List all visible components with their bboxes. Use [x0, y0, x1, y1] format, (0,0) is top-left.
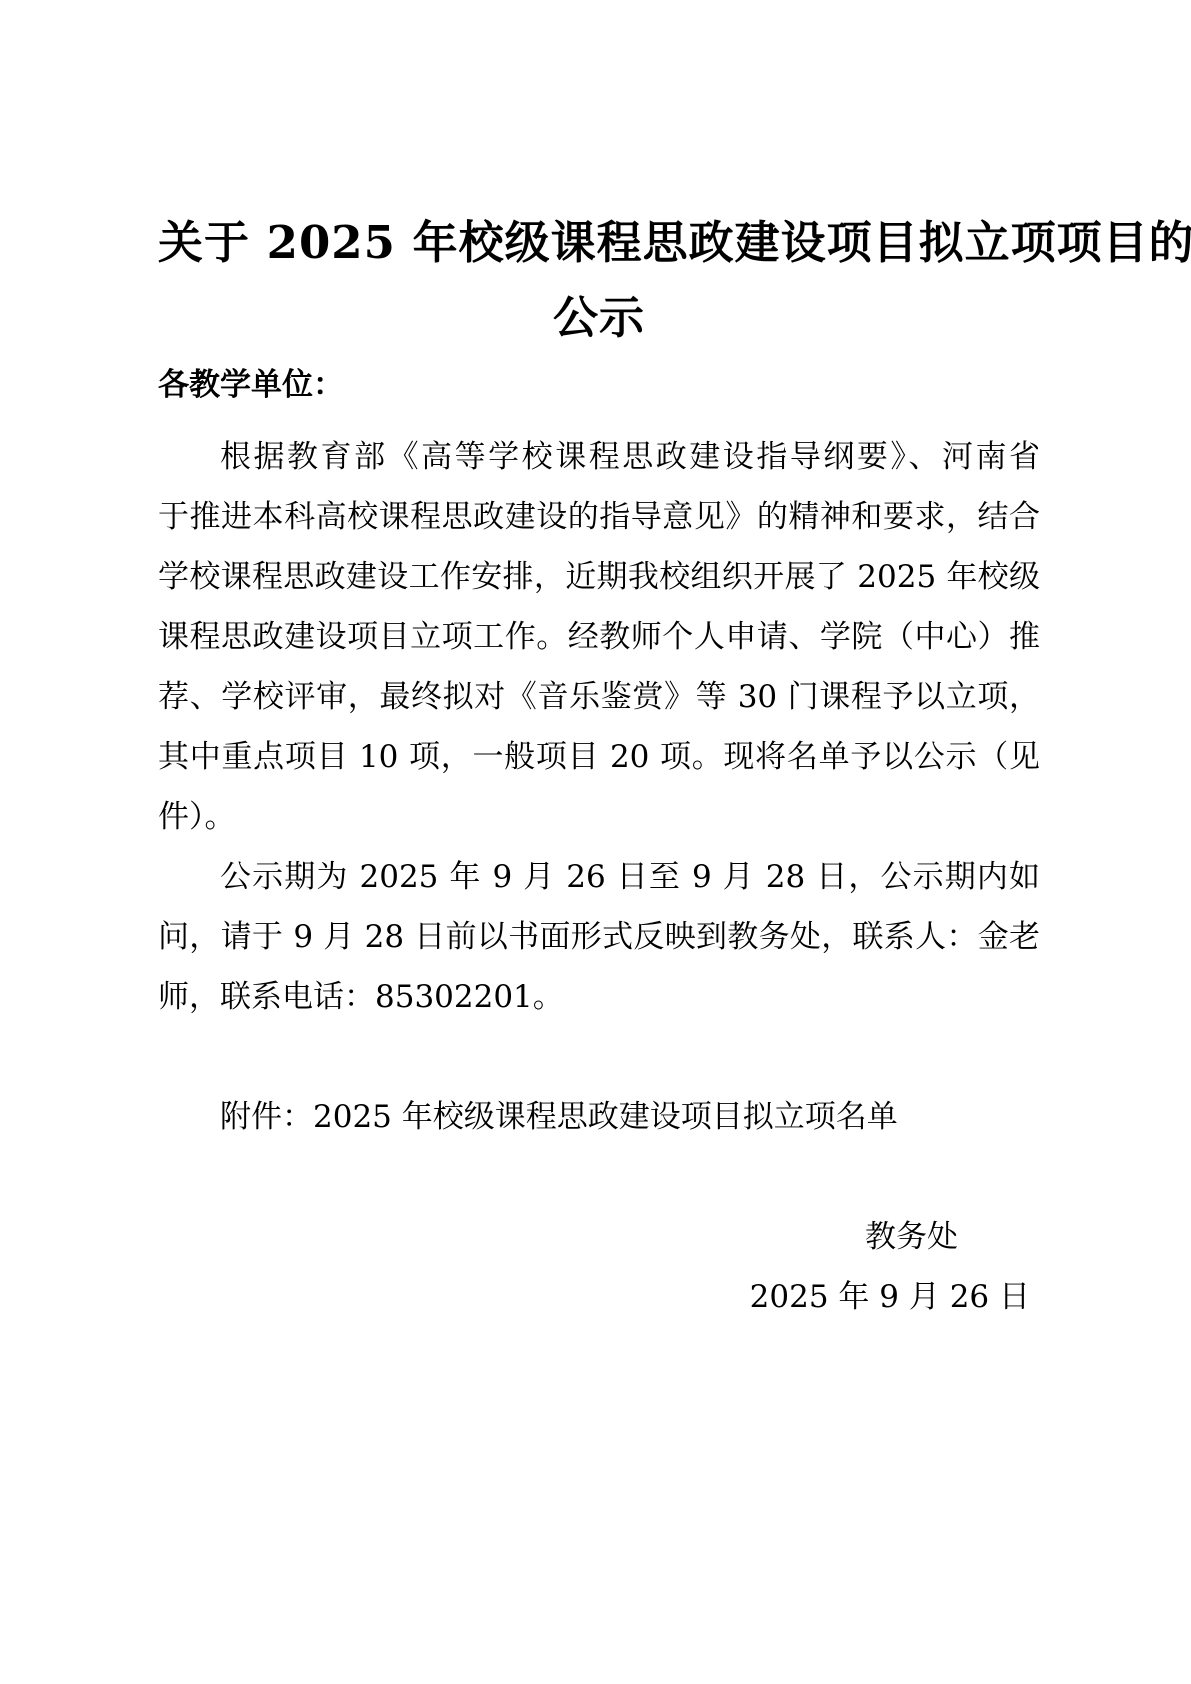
blank-line — [158, 1147, 1040, 1207]
paragraph2-line: 公示期为 2025 年 9 月 26 日至 9 月 28 日，公示期内如有疑 — [158, 847, 1040, 907]
paragraph1-line: 其中重点项目 10 项，一般项目 20 项。现将名单予以公示（见附 — [158, 727, 1040, 787]
notice-title: 关于 2025 年校级课程思政建设项目拟立项项目的 公示 — [158, 205, 1040, 355]
paragraph2-line: 问，请于 9 月 28 日前以书面形式反映到教务处，联系人：金老 — [158, 907, 1040, 967]
notice-title-line-2: 公示 — [158, 280, 1040, 355]
paragraph1-line: 荐、学校评审，最终拟对《音乐鉴赏》等 30 门课程予以立项， — [158, 667, 1040, 727]
notice-body: 各教学单位： 根据教育部《高等学校课程思政建设指导纲要》、河南省《关 于推进本科… — [158, 355, 1040, 1327]
attachment-line: 附件：2025 年校级课程思政建设项目拟立项名单 — [158, 1087, 1040, 1147]
document-page: 关于 2025 年校级课程思政建设项目拟立项项目的 公示 各教学单位： 根据教育… — [0, 0, 1191, 1684]
paragraph1-line: 于推进本科高校课程思政建设的指导意见》的精神和要求，结合 — [158, 487, 1040, 547]
salutation: 各教学单位： — [158, 355, 1040, 415]
paragraph1-line: 学校课程思政建设工作安排，近期我校组织开展了 2025 年校级 — [158, 547, 1040, 607]
paragraph2-line: 师，联系电话：85302201。 — [158, 967, 1040, 1027]
blank-line — [158, 1027, 1040, 1087]
signature-department: 教务处 — [158, 1207, 1040, 1267]
signature-date: 2025 年 9 月 26 日 — [158, 1267, 1040, 1327]
document-content: 关于 2025 年校级课程思政建设项目拟立项项目的 公示 各教学单位： 根据教育… — [158, 0, 1040, 1327]
paragraph1-line: 件）。 — [158, 787, 1040, 847]
notice-title-line-1: 关于 2025 年校级课程思政建设项目拟立项项目的 — [158, 205, 1040, 280]
paragraph1-line: 课程思政建设项目立项工作。经教师个人申请、学院（中心）推 — [158, 607, 1040, 667]
paragraph1-line: 根据教育部《高等学校课程思政建设指导纲要》、河南省《关 — [158, 427, 1040, 487]
